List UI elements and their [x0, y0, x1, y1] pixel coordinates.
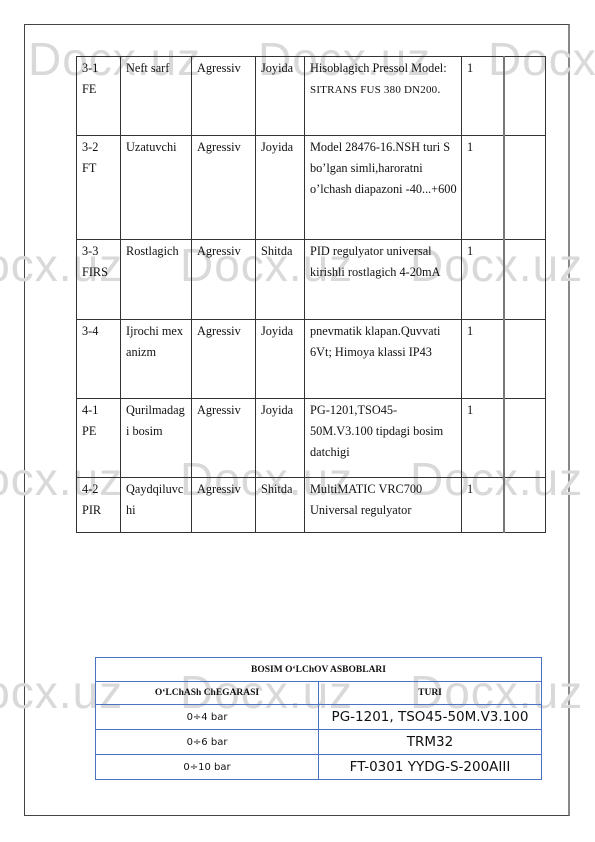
location-cell: Joyida	[256, 320, 305, 399]
device-name-cell: Qaydqiluvchi	[121, 478, 192, 533]
environment-cell: Agressiv	[192, 478, 256, 533]
table-row: 3-3FIRSRostlagichAgressivShitdaPID regul…	[77, 240, 546, 320]
description-cell: Model 28476-16.NSH turi S bo’lgan simli,…	[305, 136, 462, 240]
equipment-spec-table: 3-1FENeft sarfAgressivJoyidaHisoblagich …	[76, 56, 546, 533]
position-code-line: 3-1	[82, 58, 116, 79]
device-name-cell: Qurilmadagi bosim	[121, 399, 192, 478]
table-title: BOSIM O‘LChOV ASBOBLARI	[96, 658, 542, 682]
position-code-cell: 3-4	[77, 320, 121, 399]
notes-cell	[504, 320, 546, 399]
position-code-cell: 3-3FIRS	[77, 240, 121, 320]
position-code-line: 3-3	[82, 241, 116, 262]
environment-cell: Agressiv	[192, 399, 256, 478]
table-row: 0÷10 bar FT-0301 YYDG-S-200AIII	[96, 755, 542, 780]
range-cell: 0÷6 bar	[96, 730, 319, 755]
description-cell: PID regulyator universal kirishli rostla…	[305, 240, 462, 320]
description-cell: MultiMATIC VRC700 Universal regulyator	[305, 478, 462, 533]
environment-cell: Agressiv	[192, 320, 256, 399]
quantity-cell: 1	[462, 136, 504, 240]
position-code-line: FIRS	[82, 262, 116, 283]
location-cell: Joyida	[256, 136, 305, 240]
device-name-cell: Neft sarf	[121, 57, 192, 136]
location-cell: Shitda	[256, 478, 305, 533]
device-name-cell: Uzatuvchi	[121, 136, 192, 240]
quantity-cell: 1	[462, 240, 504, 320]
location-cell: Joyida	[256, 57, 305, 136]
type-cell: FT-0301 YYDG-S-200AIII	[319, 755, 542, 780]
position-code-line: 3-2	[82, 137, 116, 158]
position-code-line	[82, 342, 116, 363]
position-code-line: PE	[82, 421, 116, 442]
quantity-cell: 1	[462, 320, 504, 399]
type-cell: TRM32	[319, 730, 542, 755]
table-row: 0÷6 bar TRM32	[96, 730, 542, 755]
notes-cell	[504, 478, 546, 533]
description-text: .	[437, 82, 440, 96]
environment-cell: Agressiv	[192, 240, 256, 320]
pressure-gauges-table: BOSIM O‘LChOV ASBOBLARI O‘LChASh ChEGARA…	[95, 657, 542, 780]
quantity-cell: 1	[462, 399, 504, 478]
table-row: 4-1PEQurilmadagi bosimAgressivJoyidaPG-1…	[77, 399, 546, 478]
quantity-cell: 1	[462, 57, 504, 136]
position-code-line: 4-1	[82, 400, 116, 421]
device-name-cell: Rostlagich	[121, 240, 192, 320]
position-code-line: 3-4	[82, 321, 116, 342]
range-cell: 0÷4 bar	[96, 705, 319, 730]
column-header-type: TURI	[319, 682, 542, 705]
type-cell: PG-1201, TSO45-50M.V3.100	[319, 705, 542, 730]
environment-cell: Agressiv	[192, 57, 256, 136]
table-row: 3-2FTUzatuvchiAgressivJoyidaModel 28476-…	[77, 136, 546, 240]
description-text: Hisoblagich Pressol Model:	[310, 61, 447, 75]
position-code-cell: 4-1PE	[77, 399, 121, 478]
description-cell: pnevmatik klapan.Quvvati 6Vt; Himoya kla…	[305, 320, 462, 399]
table-title-row: BOSIM O‘LChOV ASBOBLARI	[96, 658, 542, 682]
position-code-cell: 3-2FT	[77, 136, 121, 240]
description-cell: Hisoblagich Pressol Model: SITRANS FUS 3…	[305, 57, 462, 136]
position-code-cell: 3-1FE	[77, 57, 121, 136]
table-header-row: O‘LChASh ChEGARASI TURI	[96, 682, 542, 705]
quantity-cell: 1	[462, 478, 504, 533]
table-row: 4-2PIRQaydqiluvchiAgressivShitdaMultiMAT…	[77, 478, 546, 533]
notes-cell	[504, 136, 546, 240]
notes-cell	[504, 240, 546, 320]
column-header-range: O‘LChASh ChEGARASI	[96, 682, 319, 705]
position-code-line: FE	[82, 79, 116, 100]
location-cell: Joyida	[256, 399, 305, 478]
description-cell: PG-1201,TSO45-50M.V3.100 tipdagi bosim d…	[305, 399, 462, 478]
device-name-cell: Ijrochi mexanizm	[121, 320, 192, 399]
notes-cell	[504, 57, 546, 136]
position-code-cell: 4-2PIR	[77, 478, 121, 533]
table-row: 0÷4 bar PG-1201, TSO45-50M.V3.100	[96, 705, 542, 730]
position-code-line: PIR	[82, 500, 116, 521]
table-row: 3-4Ijrochi mexanizmAgressivJoyidapnevmat…	[77, 320, 546, 399]
description-text: SITRANS FUS 380 DN200	[310, 84, 437, 96]
table-row: 3-1FENeft sarfAgressivJoyidaHisoblagich …	[77, 57, 546, 136]
location-cell: Shitda	[256, 240, 305, 320]
position-code-line: 4-2	[82, 479, 116, 500]
range-cell: 0÷10 bar	[96, 755, 319, 780]
position-code-line: FT	[82, 158, 116, 179]
notes-cell	[504, 399, 546, 478]
environment-cell: Agressiv	[192, 136, 256, 240]
